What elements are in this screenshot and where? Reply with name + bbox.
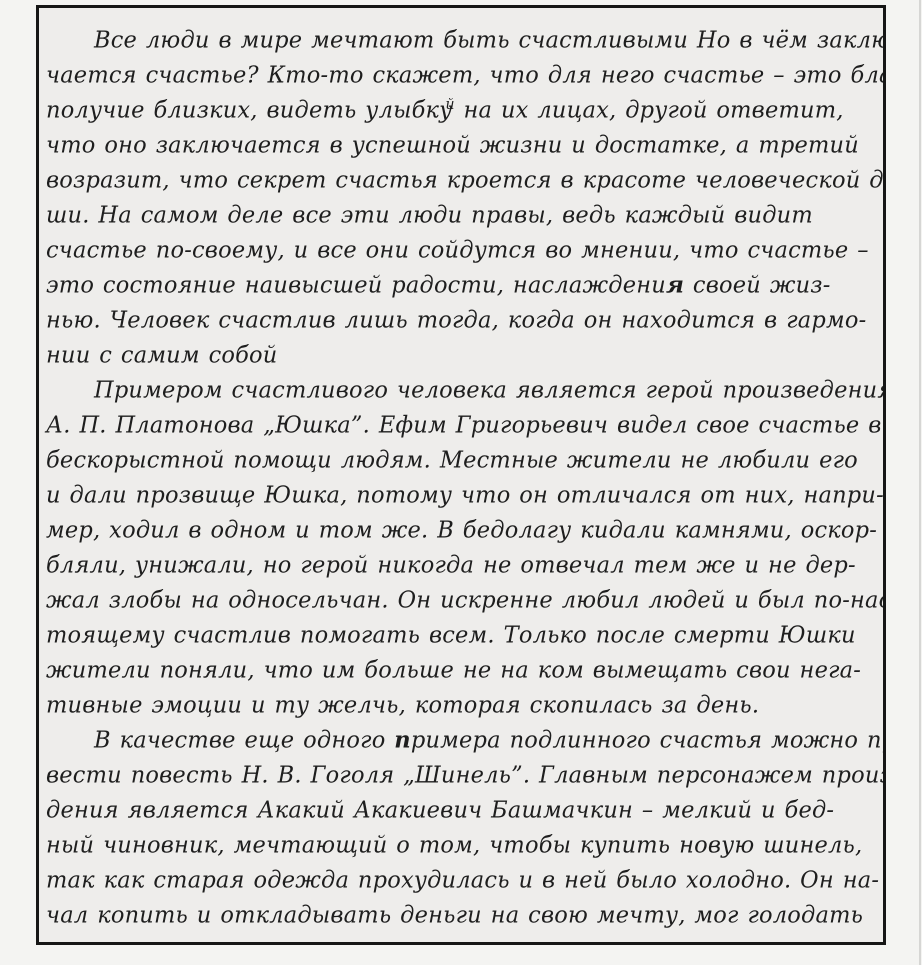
handwritten-line: дения является Акакий Акакиевич Башмачки… <box>46 792 881 828</box>
handwritten-line: жал злобы на односельчан. Он искренне лю… <box>46 582 881 618</box>
handwritten-line: вести повесть Н. В. Гоголя „Шинель”. Гла… <box>46 757 881 793</box>
essay-text: Все люди в мире мечтают быть счастливыми… <box>39 8 883 933</box>
handwritten-line: ши. На самом деле все эти люди правы, ве… <box>46 197 881 233</box>
handwritten-line: так как старая одежда прохудилась и в не… <box>46 862 881 898</box>
handwritten-line: бескорыстной помощи людям. Местные жител… <box>46 442 881 478</box>
handwritten-line: Все люди в мире мечтают быть счастливыми… <box>46 22 881 58</box>
handwritten-line: ный чиновник, мечтающий о том, чтобы куп… <box>46 827 881 863</box>
handwritten-line: чается счастье? Кто-то скажет, что для н… <box>46 57 881 93</box>
handwritten-line: тоящему счастлив помогать всем. Только п… <box>46 617 881 653</box>
handwritten-line: А. П. Платонова „Юшка”. Ефим Григорьевич… <box>46 407 881 443</box>
handwritten-line: бляли, унижали, но герой никогда не отве… <box>46 547 881 583</box>
scan-background: Все люди в мире мечтают быть счастливыми… <box>0 0 922 965</box>
handwritten-line: получие близких, видеть улыбкуй на их ли… <box>46 92 881 128</box>
handwritten-line: это состояние наивысшей радости, наслажд… <box>46 267 881 303</box>
line-text: на их лицах, другой ответит, <box>455 96 844 123</box>
line-text: своей жиз- <box>684 271 831 298</box>
line-text: В качестве еще одного <box>94 726 394 753</box>
handwritten-line: возразит, что секрет счастья кроется в к… <box>46 162 881 198</box>
line-text: римера подлинного счастья можно при- <box>411 726 886 753</box>
handwritten-line: счастье по-своему, и все они сойдутся во… <box>46 232 881 268</box>
handwritten-line: нью. Человек счастлив лишь тогда, когда … <box>46 302 881 338</box>
handwritten-line: нии с самим собой <box>46 337 881 373</box>
handwritten-line: что оно заключается в успешной жизни и д… <box>46 127 881 163</box>
essay-page-frame: Все люди в мире мечтают быть счастливыми… <box>36 5 886 945</box>
handwritten-line: тивные эмоции и ту желчь, которая скопил… <box>46 687 881 723</box>
handwritten-line: В качестве еще одного примера подлинного… <box>46 722 881 758</box>
line-text: это состояние наивысшей радости, наслажд… <box>46 271 666 298</box>
overwritten-letter-correction: я <box>666 271 684 298</box>
handwritten-line: Примером счастливого человека является г… <box>46 372 881 408</box>
line-text: получие близких, видеть улыбку <box>46 96 452 123</box>
handwritten-line: жители поняли, что им больше не на ком в… <box>46 652 881 688</box>
handwritten-line: чал копить и откладывать деньги на свою … <box>46 897 881 933</box>
overwritten-letter-correction: п <box>394 726 411 753</box>
handwritten-line: и дали прозвище Юшка, потому что он отли… <box>46 477 881 513</box>
handwritten-line: мер, ходил в одном и том же. В бедолагу … <box>46 512 881 548</box>
scan-edge-artifact <box>919 0 921 965</box>
